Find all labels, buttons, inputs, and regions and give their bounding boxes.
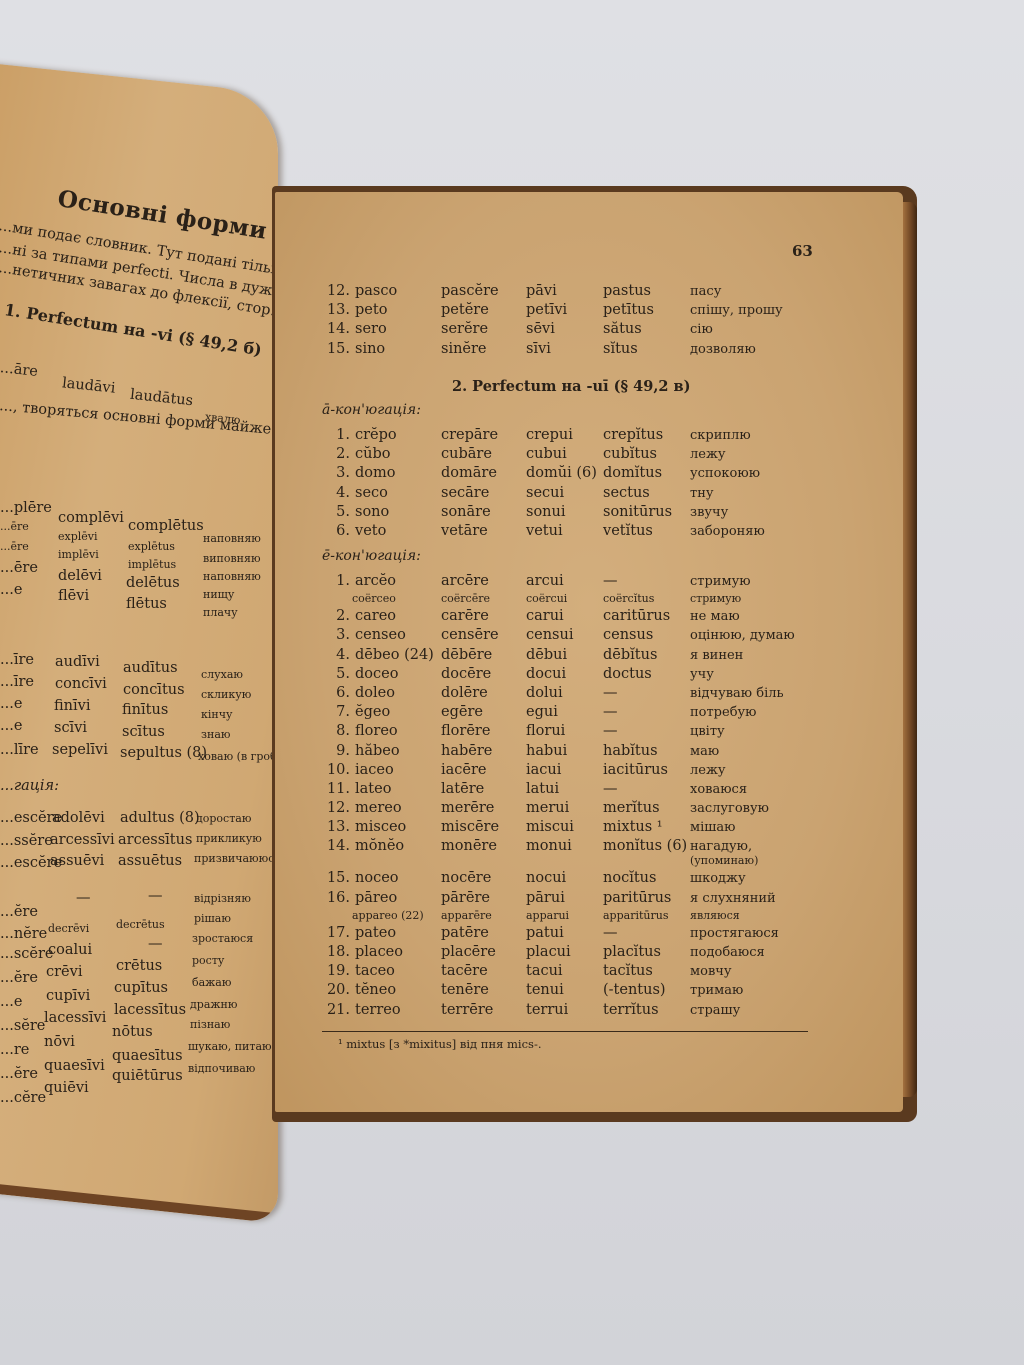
verb-infinitive: ...līre <box>0 742 39 758</box>
translation: маю <box>690 742 719 761</box>
verb-present: noceo <box>355 870 399 886</box>
verb-perfect: dolui <box>526 684 563 703</box>
translation: забороняю <box>690 522 765 541</box>
verb-supine: crepĭtus <box>603 426 663 445</box>
verb-supine: dēbĭtus <box>603 646 657 665</box>
translation: я винен <box>690 646 743 665</box>
verb-infinitive: ...ĕre <box>0 1066 38 1082</box>
verb-present: peto <box>355 302 387 318</box>
verb-supine: petītus <box>603 301 654 320</box>
row-number: 5. <box>326 503 350 522</box>
verb-present-cell: 1.arcĕo <box>326 572 396 591</box>
verb-infinitive: crepāre <box>441 426 498 445</box>
verb-perfect: carui <box>526 607 564 626</box>
verb-perfect: concīvi <box>55 676 107 692</box>
verb-infinitive: tenēre <box>441 981 489 1000</box>
row-number: 4. <box>326 646 350 665</box>
translation: шкоджу <box>690 869 746 888</box>
verb-supine: pastus <box>603 282 651 301</box>
verb-infinitive: miscēre <box>441 818 499 837</box>
section-title: 2. Perfectum на -uī (§ 49,2 в) <box>452 378 690 395</box>
verb-supine: (-tentus) <box>603 981 666 1000</box>
verb-infinitive: docēre <box>441 665 491 684</box>
verb-infinitive: monēre <box>441 837 497 856</box>
translation: кінчу <box>201 708 232 721</box>
verb-supine: finītus <box>122 702 168 718</box>
verb-supine: domĭtus <box>603 464 662 483</box>
verb-present-cell: 4.seco <box>326 484 388 503</box>
translation: звучу <box>690 503 728 522</box>
verb-perfect: domŭi (6) <box>526 464 597 483</box>
row-number: 9. <box>326 742 350 761</box>
verb-present-cell: 3.domo <box>326 464 396 483</box>
row-number: 2. <box>326 445 350 464</box>
verb-supine: flētus <box>126 596 167 612</box>
verb-supine: delētus <box>126 575 180 591</box>
verb-present-cell: 3.censeo <box>326 626 406 645</box>
verb-perfect: assuēvi <box>50 853 104 869</box>
verb-present-cell: 21.terreo <box>326 1001 401 1020</box>
translation: оцінюю, думаю <box>690 626 795 645</box>
verb-present: hăbeo <box>355 743 400 759</box>
verb-infinitive: vetāre <box>441 522 488 541</box>
verb-present-cell: 4.dēbeo (24) <box>326 646 434 665</box>
verb-perfect: cupīvi <box>46 988 90 1004</box>
verb-supine: implētus <box>128 558 176 571</box>
translation: нищу <box>203 588 234 601</box>
row-number: 15. <box>326 340 350 359</box>
verb-perfect: florui <box>526 722 565 741</box>
verb-supine: nocĭtus <box>603 869 656 888</box>
verb-infinitive: ...nĕre <box>0 926 47 942</box>
verb-present: appareo (22) <box>352 909 424 922</box>
verb-supine: sĭtus <box>603 340 638 359</box>
translation: спішу, прошу <box>690 301 783 320</box>
row-number: 8. <box>326 722 350 741</box>
verb-infinitive: carēre <box>441 607 489 626</box>
verb-infinitive: egēre <box>441 703 483 722</box>
verb-present: placeo <box>355 944 403 960</box>
translation: потребую <box>690 703 757 722</box>
verb-perfect: decrēvi <box>48 922 89 935</box>
row-number: 5. <box>326 665 350 684</box>
verb-present-cell: appareo (22) <box>352 908 424 924</box>
verb-perfect: censui <box>526 626 573 645</box>
translation: наповняю <box>203 570 261 583</box>
row-number: 1. <box>326 572 350 591</box>
verb-perfect: coërcui <box>526 591 567 607</box>
verb-perfect: arcessīvi <box>50 832 115 848</box>
footnote: ¹ mixtus [з *mixitus] від пня mics-. <box>338 1037 542 1051</box>
verb-present: careo <box>355 608 396 624</box>
verb-supine: terrĭtus <box>603 1001 659 1020</box>
verb-present: misceo <box>355 819 406 835</box>
verb-supine: caritūrus <box>603 607 670 626</box>
verb-perfect: miscui <box>526 818 574 837</box>
verb-supine: concītus <box>123 682 185 698</box>
verb-perfect: monui <box>526 837 572 856</box>
verb-perfect: tenui <box>526 981 564 1000</box>
verb-infinitive: sinĕre <box>441 340 487 359</box>
verb-infinitive: petĕre <box>441 301 489 320</box>
verb-supine: sonitūrus <box>603 503 672 522</box>
verb-present-cell: 5.doceo <box>326 665 398 684</box>
verb-infinitive: habēre <box>441 742 492 761</box>
translation: тримаю <box>690 981 743 1000</box>
row-number: 17. <box>326 924 350 943</box>
verb-perfect: iacui <box>526 761 561 780</box>
translation: стримую <box>690 591 741 607</box>
verb-infinitive: ...e <box>0 718 22 734</box>
verb-present: domo <box>355 465 396 481</box>
verb-present-cell: 13.misceo <box>326 818 406 837</box>
verb-present-cell: 7.ĕgeo <box>326 703 390 722</box>
group-label: ...гація: <box>0 778 59 794</box>
verb-present-cell: 2.careo <box>326 607 396 626</box>
verb-perfect: pāvi <box>526 282 557 301</box>
translation: простягаюся <box>690 924 779 943</box>
translation: я слухняний <box>690 889 776 908</box>
verb-perfect: — <box>76 890 91 906</box>
verb-supine: assuētus <box>118 853 182 869</box>
verb-perfect: finīvi <box>54 698 90 714</box>
verb-perfect: merui <box>526 799 569 818</box>
verb-infinitive: sonāre <box>441 503 491 522</box>
row-number: 6. <box>326 684 350 703</box>
translation: скриплю <box>690 426 751 445</box>
page-edge <box>0 1180 278 1223</box>
verb-supine: monĭtus (6) <box>603 837 687 856</box>
translation: ховаюся <box>690 780 747 799</box>
translation: доростаю <box>196 812 251 825</box>
verb-perfect: explēvi <box>58 530 98 543</box>
verb-supine: sătus <box>603 320 642 339</box>
verb-infinitive: ...sĕre <box>0 1018 45 1034</box>
verb-perfect: delēvi <box>58 568 102 584</box>
verb-supine: tacĭtus <box>603 962 653 981</box>
verb-perfect: habui <box>526 742 567 761</box>
verb-supine: adultus (8) <box>120 810 200 826</box>
verb-infinitive: ...ēre <box>0 520 29 533</box>
verb-perfect: coalui <box>48 942 92 958</box>
verb-infinitive: terrēre <box>441 1001 493 1020</box>
verb-present-cell: 2.cŭbo <box>326 445 390 464</box>
verb-perfect: apparui <box>526 908 569 924</box>
translation: являюся <box>690 908 740 924</box>
translation: прикликую <box>196 832 262 845</box>
verb-infinitive: ...scĕre <box>0 946 53 962</box>
page-number: 63 <box>792 242 813 260</box>
translation: дозволяю <box>690 340 756 359</box>
verb-present: sino <box>355 341 385 357</box>
translation: учу <box>690 665 714 684</box>
verb-supine: — <box>603 924 618 943</box>
verb-supine: — <box>148 888 163 904</box>
verb-infinitive: tacēre <box>441 962 488 981</box>
verb-supine: arcessītus <box>118 832 192 848</box>
group-label-e-conjugation: ē-кон'югація: <box>322 548 421 564</box>
verb-present-cell: 10.iaceo <box>326 761 394 780</box>
verb-supine: habĭtus <box>603 742 658 761</box>
verb-supine: explētus <box>128 540 175 553</box>
translation: знаю <box>201 728 230 741</box>
verb-infinitive: ...ēre <box>0 540 29 553</box>
verb-perfect: audīvi <box>55 654 100 670</box>
verb-perfect: docui <box>526 665 566 684</box>
verb-present: pasco <box>355 283 397 299</box>
translation: страшу <box>690 1001 740 1020</box>
verb-supine: coërcĭtus <box>603 591 654 607</box>
verb-supine: sectus <box>603 484 650 503</box>
translation: бажаю <box>192 976 231 989</box>
verb-supine: census <box>603 626 653 645</box>
verb-perfect: cubui <box>526 445 567 464</box>
verb-present: censeo <box>355 627 406 643</box>
verb-perfect: complēvi <box>58 510 124 526</box>
verb-infinitive: florēre <box>441 722 490 741</box>
translation-note: (упоминаю) <box>690 854 758 867</box>
translation: плачу <box>203 606 238 619</box>
verb-infinitive: domāre <box>441 464 497 483</box>
translation: лежу <box>690 761 726 780</box>
verb-perfect: crēvi <box>46 964 82 980</box>
verb-perfect: dēbui <box>526 646 567 665</box>
verb-present-cell: coërceo <box>352 591 396 607</box>
row-number: 10. <box>326 761 350 780</box>
verb-present: pāreo <box>355 890 397 906</box>
translation: відчуваю біль <box>690 684 784 703</box>
verb-present: veto <box>355 523 386 539</box>
translation: подобаюся <box>690 943 765 962</box>
verb-infinitive: ...e <box>0 696 22 712</box>
verb-supine: audītus <box>123 660 178 676</box>
translation: сію <box>690 320 713 339</box>
translation: цвіту <box>690 722 725 741</box>
verb-perfect: secui <box>526 484 564 503</box>
translation: призвичаююся <box>194 852 281 865</box>
translation: не маю <box>690 607 740 626</box>
verb-perfect: implēvi <box>58 548 99 561</box>
verb-perfect: sepelīvi <box>52 742 108 758</box>
verb-perfect: tacui <box>526 962 563 981</box>
verb-infinitive: arcēre <box>441 572 489 591</box>
verb-supine: crētus <box>116 958 162 974</box>
verb-supine: quiētūrus <box>112 1068 183 1084</box>
verb-supine: — <box>603 572 618 591</box>
verb-present-cell: 17.pateo <box>326 924 396 943</box>
verb-perfect: arcui <box>526 572 564 591</box>
verb-infinitive: ...ĕre <box>0 904 38 920</box>
verb-present: floreo <box>355 723 398 739</box>
translation: пасу <box>690 282 721 301</box>
row-number: 12. <box>326 282 350 301</box>
translation: стримую <box>690 572 751 591</box>
verb-present: tĕneo <box>355 982 396 998</box>
verb-infinitive: ...īre <box>0 674 34 690</box>
verb-infinitive: ...e <box>0 994 22 1010</box>
verb-present-cell: 18.placeo <box>326 943 403 962</box>
row-number: 1. <box>326 426 350 445</box>
verb-present-cell: 9.hăbeo <box>326 742 400 761</box>
verb-infinitive: ...plēre <box>0 500 52 516</box>
verb-infinitive: ...ĕre <box>0 970 38 986</box>
row-number: 15. <box>326 869 350 888</box>
verb-supine: — <box>148 936 163 952</box>
verb-infinitive: apparēre <box>441 908 492 924</box>
translation: наповняю <box>203 532 261 545</box>
group-label-a-conjugation: ā-кон'югація: <box>322 402 421 418</box>
row-number: 19. <box>326 962 350 981</box>
verb-supine: decrētus <box>116 918 165 931</box>
row-number: 20. <box>326 981 350 1000</box>
translation: шукаю, питаю <box>188 1040 272 1053</box>
verb-present: doceo <box>355 666 398 682</box>
translation: мовчу <box>690 962 732 981</box>
verb-present: taceo <box>355 963 395 979</box>
verb-perfect: lacessīvi <box>44 1010 106 1026</box>
row-number: 13. <box>326 818 350 837</box>
verb-supine: iacitūrus <box>603 761 668 780</box>
translation: виповняю <box>203 552 261 565</box>
verb-infinitive: placēre <box>441 943 496 962</box>
verb-present: mŏnĕo <box>355 838 404 854</box>
verb-present-cell: 6.doleo <box>326 684 395 703</box>
verb-perfect: latui <box>526 780 559 799</box>
verb-infinitive: ...e <box>0 582 22 598</box>
verb-supine: apparitūrus <box>603 908 668 924</box>
verb-infinitive: ...cĕre <box>0 1090 46 1106</box>
verb-perfect: crepui <box>526 426 573 445</box>
verb-supine: doctus <box>603 665 652 684</box>
translation: успокоюю <box>690 464 760 483</box>
verb-infinitive: cubāre <box>441 445 492 464</box>
page-fore-edge <box>903 202 917 1097</box>
verb-present-cell: 19.taceo <box>326 962 395 981</box>
verb-supine: — <box>603 722 618 741</box>
verb-infinitive: censēre <box>441 626 499 645</box>
verb-infinitive: coërcēre <box>441 591 490 607</box>
verb-supine: lacessītus <box>114 1002 186 1018</box>
translation: пізнаю <box>190 1018 230 1031</box>
translation: дражню <box>190 998 237 1011</box>
verb-infinitive: secāre <box>441 484 489 503</box>
verb-infinitive: nocēre <box>441 869 491 888</box>
translation: відпочиваю <box>188 1062 255 1075</box>
translation: ховаю (в гроб) <box>198 750 281 763</box>
verb-supine: scītus <box>122 724 165 740</box>
verb-present-cell: 12.mereo <box>326 799 402 818</box>
verb-present: pateo <box>355 925 396 941</box>
verb-perfect: petīvi <box>526 301 567 320</box>
verb-infinitive: dolēre <box>441 684 488 703</box>
verb-present-cell: 14.mŏnĕo <box>326 837 404 856</box>
row-number: 14. <box>326 837 350 856</box>
translation: відрізняю <box>194 892 251 905</box>
translation: тну <box>690 484 714 503</box>
verb-perfect: terrui <box>526 1001 568 1020</box>
verb-present: crĕpo <box>355 427 397 443</box>
verb-infinitive: ...īre <box>0 652 34 668</box>
verb-perfect: patui <box>526 924 564 943</box>
verb-perfect: quaesīvi <box>44 1058 105 1074</box>
row-number: 2. <box>326 607 350 626</box>
verb-perfect: sīvi <box>526 340 551 359</box>
verb-infinitive: pascĕre <box>441 282 499 301</box>
verb-perfect: vetui <box>526 522 563 541</box>
verb-present: seco <box>355 485 388 501</box>
verb-present-cell: 5.sono <box>326 503 389 522</box>
row-number: 18. <box>326 943 350 962</box>
verb-supine: sepultus (8) <box>120 745 207 761</box>
translation: скликую <box>201 688 251 701</box>
row-number: 6. <box>326 522 350 541</box>
verb-present: mereo <box>355 800 402 816</box>
verb-supine: paritūrus <box>603 889 671 908</box>
verb-supine: — <box>603 703 618 722</box>
verb-supine: — <box>603 780 618 799</box>
verb-supine: cubĭtus <box>603 445 657 464</box>
verb-perfect: sonui <box>526 503 566 522</box>
verb-perfect: sēvi <box>526 320 555 339</box>
verb-supine: placĭtus <box>603 943 661 962</box>
verb-perfect: quiēvi <box>44 1080 89 1096</box>
verb-present-cell: 1.crĕpo <box>326 426 397 445</box>
row-number: 7. <box>326 703 350 722</box>
footnote-divider <box>322 1031 808 1032</box>
verb-perfect: nocui <box>526 869 566 888</box>
verb-infinitive: iacēre <box>441 761 487 780</box>
verb-present: terreo <box>355 1002 401 1018</box>
row-number: 13. <box>326 301 350 320</box>
verb-present: sono <box>355 504 389 520</box>
translation: заслуговую <box>690 799 769 818</box>
row-number: 21. <box>326 1001 350 1020</box>
row-number: 16. <box>326 889 350 908</box>
verb-present-cell: 8.floreo <box>326 722 398 741</box>
translation: мішаю <box>690 818 735 837</box>
row-number: 11. <box>326 780 350 799</box>
verb-infinitive: serĕre <box>441 320 488 339</box>
row-number: 12. <box>326 799 350 818</box>
verb-present: coërceo <box>352 592 396 605</box>
verb-supine: quaesītus <box>112 1048 183 1064</box>
verb-present-cell: 15.noceo <box>326 869 399 888</box>
verb-perfect: placui <box>526 943 571 962</box>
verb-supine: nōtus <box>112 1024 153 1040</box>
verb-perfect: egui <box>526 703 558 722</box>
row-number: 14. <box>326 320 350 339</box>
row-number: 3. <box>326 626 350 645</box>
verb-infinitive: merēre <box>441 799 494 818</box>
verb-perfect: adolēvi <box>52 810 105 826</box>
verb-infinitive: patēre <box>441 924 489 943</box>
verb-infinitive: latēre <box>441 780 484 799</box>
verb-infinitive: pārēre <box>441 889 490 908</box>
verb-present-cell: 16.pāreo <box>326 889 397 908</box>
verb-infinitive: dēbēre <box>441 646 492 665</box>
verb-perfect: flēvi <box>58 588 89 604</box>
translation: зростаюся <box>192 932 253 945</box>
verb-infinitive: ...ēre <box>0 560 38 576</box>
verb-present: iaceo <box>355 762 394 778</box>
row-number: 4. <box>326 484 350 503</box>
verb-present: dēbeo (24) <box>355 647 434 663</box>
verb-present: doleo <box>355 685 395 701</box>
verb-present-cell: 20.tĕneo <box>326 981 396 1000</box>
verb-supine: vetĭtus <box>603 522 653 541</box>
verb-infinitive: ...re <box>0 1042 29 1058</box>
verb-present-cell: 11.lateo <box>326 780 391 799</box>
